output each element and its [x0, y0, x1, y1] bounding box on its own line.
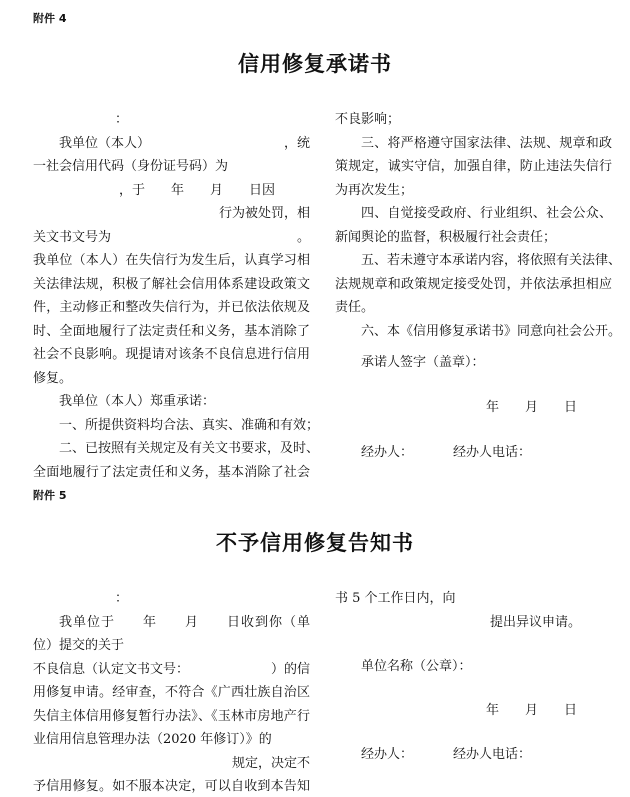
line-submitted: 位）提交的关于 [33, 634, 310, 658]
line-credit-code: 一社会信用代码（身份证号码）为 [33, 155, 310, 179]
line-text: 关文书文号为 [33, 230, 111, 245]
pledge-item-3: 三、将严格遵守国家法律、法规、规章和政 [335, 132, 612, 156]
line-received-date: 我单位于 年 月 日收到你（单 [33, 611, 310, 635]
pledge-item-3-end: 为再次发生； [335, 179, 612, 203]
body-line: 我单位（本人）在失信行为发生后，认真学习相 [33, 249, 310, 273]
pledge-item-6: 六、本《信用修复承诺书》同意向社会公开。 [335, 320, 612, 344]
annex4-left-column: ： 我单位（本人） ，统 一社会信用代码（身份证号码）为 ，于 年 月 日因 行… [33, 108, 310, 484]
salutation-colon: ： [33, 108, 310, 132]
pledge-item-2-end: 不良影响； [335, 108, 612, 132]
handler-label: 经办人： [361, 441, 413, 460]
line-text: 我单位（本人） [59, 136, 150, 151]
signer-label: 承诺人签字（盖章）： [361, 351, 485, 370]
body-line: 业信用信息管理办法（2020 年修订）》的 [33, 728, 310, 752]
handler-phone-label: 经办人电话： [453, 441, 531, 460]
pledge-item-2-cont: 全面地履行了法定责任和义务，基本消除了社会 [33, 461, 310, 485]
body-line: 关法律法规，积极了解社会信用体系建设政策文 [33, 273, 310, 297]
annex4-right-column: 不良影响； 三、将严格遵守国家法律、法规、规章和政 策规定，诚实守信，加强自律，… [335, 108, 612, 343]
line-tail: 。 [297, 226, 310, 250]
pledge-item-3-cont: 策规定，诚实守信，加强自律，防止违法失信行 [335, 155, 612, 179]
annex5-label: 附件 5 [33, 487, 66, 503]
body-line: 予信用修复。如不服本决定，可以自收到本告知 [33, 775, 310, 797]
pledge-item-4-cont: 新闻舆论的监督，积极履行社会责任； [335, 226, 612, 250]
line-doc-number: 不良信息（认定文书文号： ）的信 [33, 658, 310, 682]
line-tail: ，统 [284, 132, 310, 156]
annex5-title: 不予信用修复告知书 [0, 527, 630, 557]
notice-date: 年 月 日 [486, 699, 577, 718]
annex4-label: 附件 4 [33, 10, 66, 26]
body-line: 修复。 [33, 367, 310, 391]
line-punished: 行为被处罚，相 [33, 202, 310, 226]
line-doc-number: 关文书文号为 。 [33, 226, 310, 250]
pledge-item-4: 四、自觉接受政府、行业组织、社会公众、 [335, 202, 612, 226]
unit-name-label: 单位名称（公章）： [361, 655, 472, 674]
salutation-colon: ： [33, 587, 310, 611]
body-line-end: 提出异议申请。 [335, 611, 612, 635]
annex5-left-column: ： 我单位于 年 月 日收到你（单 位）提交的关于 不良信息（认定文书文号： ）… [33, 587, 310, 797]
body-line: 社会不良影响。现提请对该条不良信息进行信用 [33, 343, 310, 367]
pledge-intro: 我单位（本人）郑重承诺： [33, 390, 310, 414]
body-line: 时、全面地履行了法定责任和义务，基本消除了 [33, 320, 310, 344]
pledge-item-5-end: 责任。 [335, 296, 612, 320]
line-date: ，于 年 月 日因 [33, 179, 310, 203]
line-unit: 我单位（本人） ，统 [33, 132, 310, 156]
pledge-item-2: 二、已按照有关规定及有关文书要求，及时、 [33, 437, 310, 461]
sign-date: 年 月 日 [486, 396, 577, 415]
body-line: 规定，决定不 [33, 752, 310, 776]
line-text: 不良信息（认定文书文号： [33, 662, 189, 677]
body-line: 失信主体信用修复暂行办法》、《玉林市房地产行 [33, 705, 310, 729]
body-line: 件，主动修正和整改失信行为，并已依法依规及 [33, 296, 310, 320]
pledge-item-5-cont: 法规规章和政策规定接受处罚，并依法承担相应 [335, 273, 612, 297]
handler-label: 经办人： [361, 743, 413, 762]
annex4-title: 信用修复承诺书 [0, 48, 630, 78]
pledge-item-5: 五、若未遵守本承诺内容，将依照有关法律、 [335, 249, 612, 273]
body-line: 书 5 个工作日内，向 [335, 587, 612, 611]
line-tail: ）的信 [271, 658, 310, 682]
annex5-right-column: 书 5 个工作日内，向 提出异议申请。 [335, 587, 612, 634]
body-line: 用修复申请。经审查，不符合《广西壮族自治区 [33, 681, 310, 705]
pledge-item-1: 一、所提供资料均合法、真实、准确和有效； [33, 414, 310, 438]
handler-phone-label: 经办人电话： [453, 743, 531, 762]
